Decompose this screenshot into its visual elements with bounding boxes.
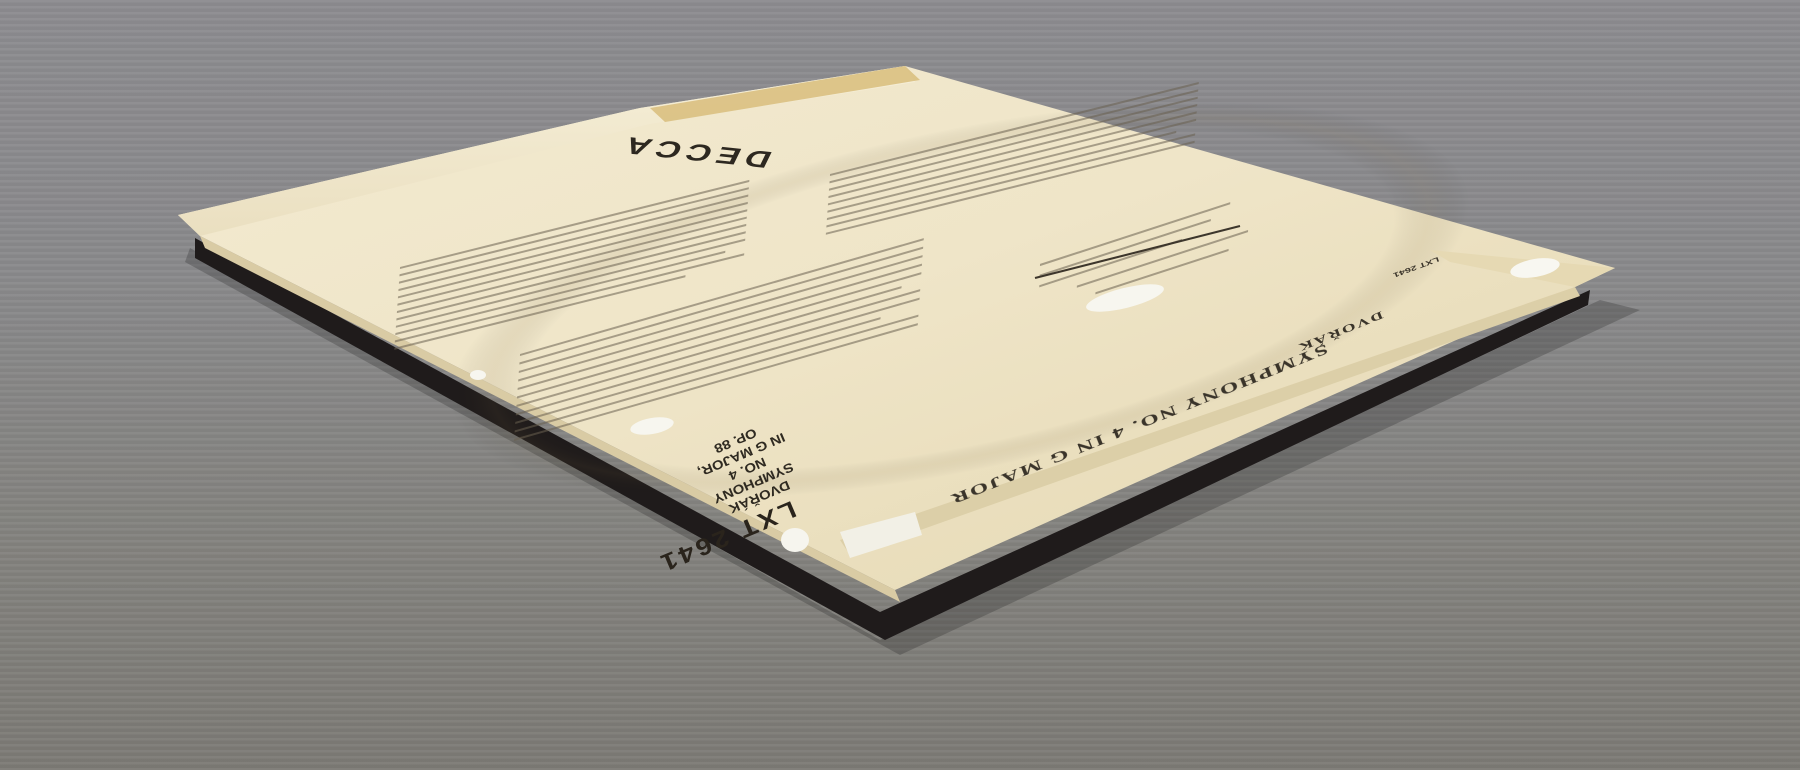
scuff-mark bbox=[470, 370, 486, 380]
photo-scene: DECCA DVOŘÁK SYMPHONY NO. 4 IN G MAJOR L… bbox=[0, 0, 1800, 770]
scuff-mark bbox=[781, 528, 809, 552]
record-sleeve bbox=[0, 0, 1800, 770]
